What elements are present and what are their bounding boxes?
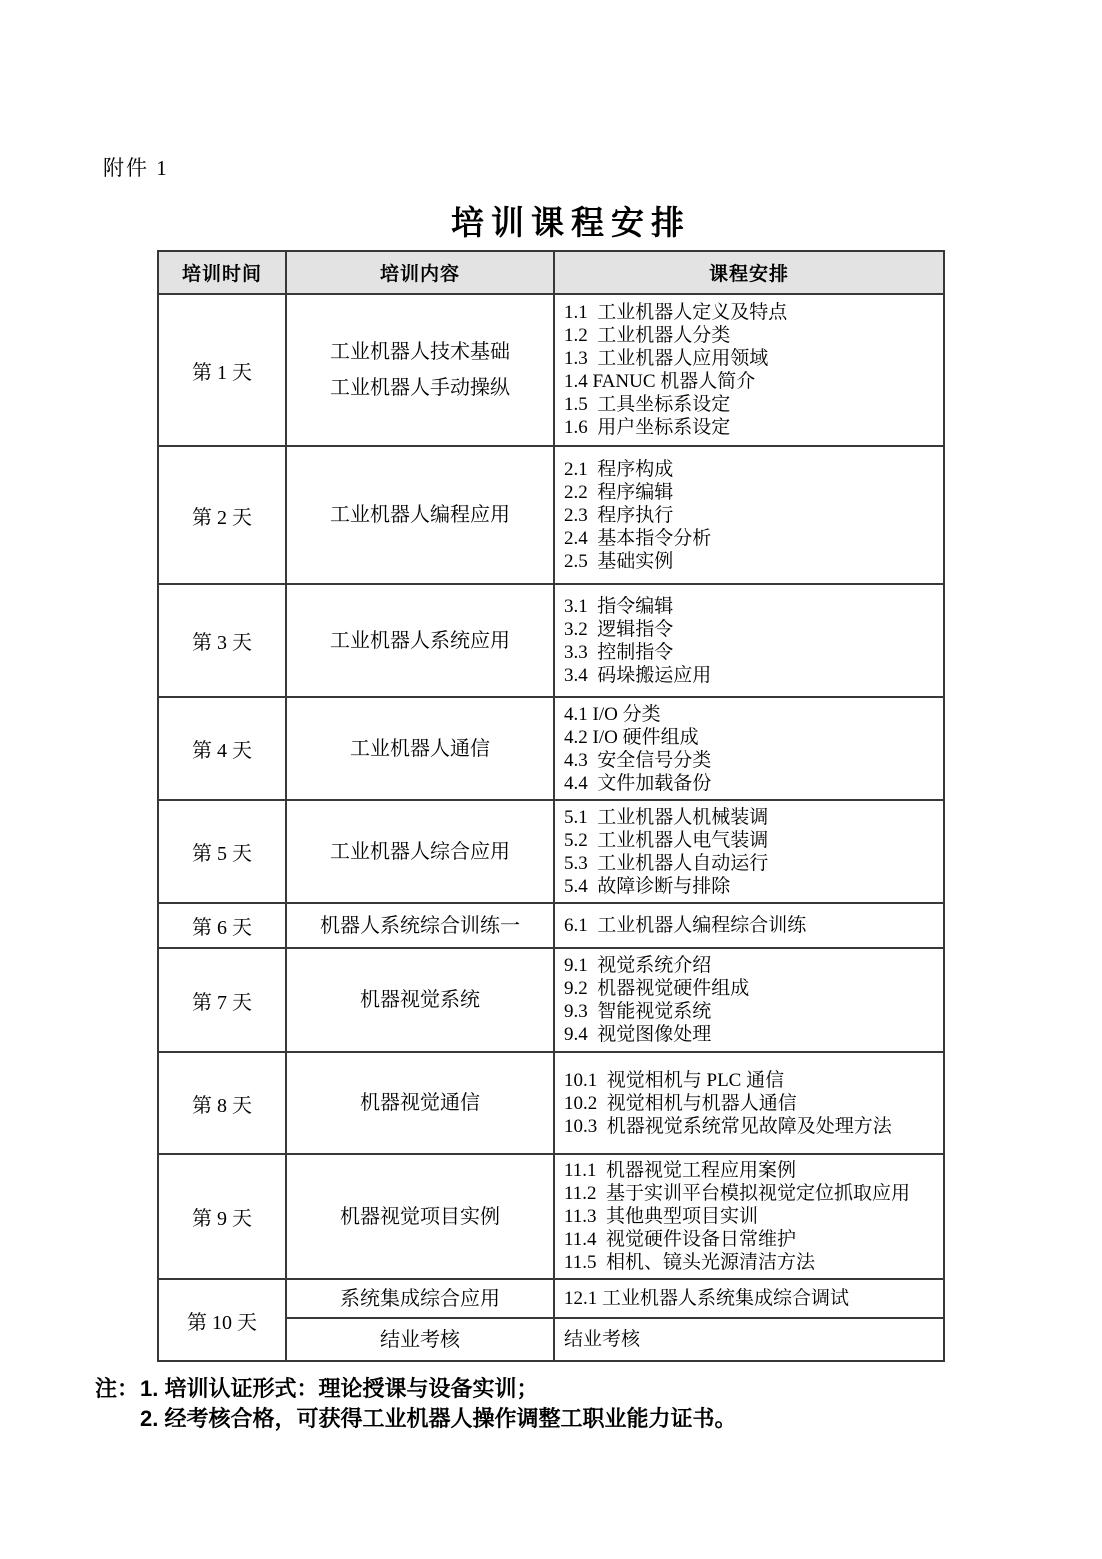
schedule-item: 11.4 视觉硬件设备日常维护: [564, 1228, 937, 1251]
content-line: 工业机器人综合应用: [287, 834, 553, 870]
content-cell: 工业机器人系统应用: [286, 584, 554, 697]
attachment-label: 附件 1: [103, 152, 169, 182]
note-label: 注：: [95, 1374, 140, 1404]
footnotes: 注： 1. 培训认证形式：理论授课与设备实训； 2. 经考核合格，可获得工业机器…: [95, 1374, 1045, 1434]
content-line: 系统集成综合应用: [287, 1281, 553, 1317]
schedule-cell: 3.1 指令编辑 3.2 逻辑指令 3.3 控制指令 3.4 码垛搬运应用: [554, 584, 944, 697]
schedule-item: 4.1 I/O 分类: [564, 703, 937, 726]
schedule-item: 2.1 程序构成: [564, 458, 937, 481]
day-cell: 第 10 天: [158, 1279, 286, 1361]
schedule-item: 1.5 工具坐标系设定: [564, 393, 937, 416]
schedule-item: 9.3 智能视觉系统: [564, 1000, 937, 1023]
day-cell: 第 6 天: [158, 903, 286, 948]
content-line: 结业考核: [287, 1322, 553, 1358]
day-cell: 第 3 天: [158, 584, 286, 697]
schedule-item: 1.4 FANUC 机器人简介: [564, 370, 937, 393]
schedule-item: 12.1 工业机器人系统集成综合调试: [564, 1287, 937, 1310]
content-cell: 工业机器人通信: [286, 697, 554, 800]
day-cell: 第 5 天: [158, 800, 286, 903]
schedule-cell: 2.1 程序构成 2.2 程序编辑 2.3 程序执行 2.4 基本指令分析 2.…: [554, 446, 944, 584]
schedule-item: 5.2 工业机器人电气装调: [564, 829, 937, 852]
header-training-time: 培训时间: [158, 251, 286, 294]
schedule-item: 10.2 视觉相机与机器人通信: [564, 1092, 937, 1115]
content-line: 工业机器人手动操纵: [287, 370, 553, 406]
day-cell: 第 2 天: [158, 446, 286, 584]
schedule-item: 结业考核: [564, 1328, 937, 1351]
header-training-content: 培训内容: [286, 251, 554, 294]
table-row-day2: 第 2 天 工业机器人编程应用 2.1 程序构成 2.2 程序编辑 2.3 程序…: [158, 446, 944, 584]
content-cell: 机器视觉项目实例: [286, 1154, 554, 1279]
schedule-item: 4.2 I/O 硬件组成: [564, 726, 937, 749]
schedule-table-container: 培训时间 培训内容 课程安排 第 1 天 工业机器人技术基础 工业机器人手动操纵…: [157, 250, 945, 1362]
content-line: 机器视觉通信: [287, 1085, 553, 1121]
header-row: 培训时间 培训内容 课程安排: [158, 251, 944, 294]
schedule-item: 2.2 程序编辑: [564, 481, 937, 504]
content-cell: 机器人系统综合训练一: [286, 903, 554, 948]
table-row-day4: 第 4 天 工业机器人通信 4.1 I/O 分类 4.2 I/O 硬件组成 4.…: [158, 697, 944, 800]
content-line: 机器视觉系统: [287, 982, 553, 1018]
schedule-item: 3.2 逻辑指令: [564, 618, 937, 641]
schedule-item: 10.3 机器视觉系统常见故障及处理方法: [564, 1115, 937, 1138]
schedule-cell: 4.1 I/O 分类 4.2 I/O 硬件组成 4.3 安全信号分类 4.4 文…: [554, 697, 944, 800]
schedule-item: 3.4 码垛搬运应用: [564, 664, 937, 687]
schedule-cell: 10.1 视觉相机与 PLC 通信 10.2 视觉相机与机器人通信 10.3 机…: [554, 1052, 944, 1154]
schedule-item: 5.3 工业机器人自动运行: [564, 852, 937, 875]
schedule-item: 11.3 其他典型项目实训: [564, 1205, 937, 1228]
schedule-item: 5.1 工业机器人机械装调: [564, 806, 937, 829]
content-cell: 系统集成综合应用: [286, 1279, 554, 1318]
schedule-table: 培训时间 培训内容 课程安排 第 1 天 工业机器人技术基础 工业机器人手动操纵…: [157, 250, 945, 1362]
table-row-day8: 第 8 天 机器视觉通信 10.1 视觉相机与 PLC 通信 10.2 视觉相机…: [158, 1052, 944, 1154]
document-page: 附件 1 培训课程安排 培训时间 培训内容 课程安排 第 1 天 工业机器人技术…: [0, 0, 1102, 1559]
table-row-day6: 第 6 天 机器人系统综合训练一 6.1 工业机器人编程综合训练: [158, 903, 944, 948]
content-cell: 工业机器人综合应用: [286, 800, 554, 903]
note-text: 2. 经考核合格，可获得工业机器人操作调整工职业能力证书。: [140, 1404, 736, 1434]
schedule-item: 9.2 机器视觉硬件组成: [564, 977, 937, 1000]
day-cell: 第 7 天: [158, 948, 286, 1052]
schedule-cell: 6.1 工业机器人编程综合训练: [554, 903, 944, 948]
schedule-item: 2.4 基本指令分析: [564, 527, 937, 550]
table-row-day7: 第 7 天 机器视觉系统 9.1 视觉系统介绍 9.2 机器视觉硬件组成 9.3…: [158, 948, 944, 1052]
schedule-cell: 11.1 机器视觉工程应用案例 11.2 基于实训平台模拟视觉定位抓取应用 11…: [554, 1154, 944, 1279]
content-line: 工业机器人系统应用: [287, 623, 553, 659]
note-indent-spacer: [95, 1404, 140, 1434]
schedule-item: 4.4 文件加载备份: [564, 772, 937, 795]
day-cell: 第 9 天: [158, 1154, 286, 1279]
schedule-item: 1.2 工业机器人分类: [564, 324, 937, 347]
schedule-item: 11.1 机器视觉工程应用案例: [564, 1159, 937, 1182]
schedule-cell: 12.1 工业机器人系统集成综合调试: [554, 1279, 944, 1318]
table-row-day5: 第 5 天 工业机器人综合应用 5.1 工业机器人机械装调 5.2 工业机器人电…: [158, 800, 944, 903]
schedule-item: 2.3 程序执行: [564, 504, 937, 527]
schedule-item: 1.3 工业机器人应用领域: [564, 347, 937, 370]
content-cell: 机器视觉通信: [286, 1052, 554, 1154]
schedule-item: 10.1 视觉相机与 PLC 通信: [564, 1069, 937, 1092]
schedule-cell: 1.1 工业机器人定义及特点 1.2 工业机器人分类 1.3 工业机器人应用领域…: [554, 294, 944, 446]
content-cell: 工业机器人编程应用: [286, 446, 554, 584]
schedule-item: 4.3 安全信号分类: [564, 749, 937, 772]
header-course-schedule: 课程安排: [554, 251, 944, 294]
schedule-item: 3.1 指令编辑: [564, 595, 937, 618]
day-cell: 第 8 天: [158, 1052, 286, 1154]
note-line-1: 注： 1. 培训认证形式：理论授课与设备实训；: [95, 1374, 1045, 1404]
content-cell: 机器视觉系统: [286, 948, 554, 1052]
note-line-2: 2. 经考核合格，可获得工业机器人操作调整工职业能力证书。: [95, 1404, 1045, 1434]
content-cell: 工业机器人技术基础 工业机器人手动操纵: [286, 294, 554, 446]
table-row-day10-a: 第 10 天 系统集成综合应用 12.1 工业机器人系统集成综合调试: [158, 1279, 944, 1318]
content-cell: 结业考核: [286, 1318, 554, 1361]
day-cell: 第 1 天: [158, 294, 286, 446]
note-text: 1. 培训认证形式：理论授课与设备实训；: [140, 1374, 538, 1404]
table-row-day3: 第 3 天 工业机器人系统应用 3.1 指令编辑 3.2 逻辑指令 3.3 控制…: [158, 584, 944, 697]
schedule-cell: 5.1 工业机器人机械装调 5.2 工业机器人电气装调 5.3 工业机器人自动运…: [554, 800, 944, 903]
schedule-cell: 9.1 视觉系统介绍 9.2 机器视觉硬件组成 9.3 智能视觉系统 9.4 视…: [554, 948, 944, 1052]
table-row-day1: 第 1 天 工业机器人技术基础 工业机器人手动操纵 1.1 工业机器人定义及特点…: [158, 294, 944, 446]
schedule-item: 3.3 控制指令: [564, 641, 937, 664]
schedule-item: 6.1 工业机器人编程综合训练: [564, 914, 937, 937]
schedule-item: 9.1 视觉系统介绍: [564, 954, 937, 977]
schedule-cell: 结业考核: [554, 1318, 944, 1361]
schedule-item: 11.5 相机、镜头光源清洁方法: [564, 1251, 937, 1274]
content-line: 机器视觉项目实例: [287, 1199, 553, 1235]
page-title: 培训课程安排: [451, 197, 691, 244]
schedule-item: 11.2 基于实训平台模拟视觉定位抓取应用: [564, 1182, 937, 1205]
schedule-item: 5.4 故障诊断与排除: [564, 875, 937, 898]
content-line: 工业机器人编程应用: [287, 497, 553, 533]
content-line: 机器人系统综合训练一: [287, 908, 553, 944]
table-row-day9: 第 9 天 机器视觉项目实例 11.1 机器视觉工程应用案例 11.2 基于实训…: [158, 1154, 944, 1279]
schedule-item: 1.1 工业机器人定义及特点: [564, 301, 937, 324]
content-line: 工业机器人技术基础: [287, 334, 553, 370]
schedule-item: 2.5 基础实例: [564, 550, 937, 573]
content-line: 工业机器人通信: [287, 731, 553, 767]
schedule-item: 1.6 用户坐标系设定: [564, 416, 937, 439]
day-cell: 第 4 天: [158, 697, 286, 800]
schedule-item: 9.4 视觉图像处理: [564, 1023, 937, 1046]
